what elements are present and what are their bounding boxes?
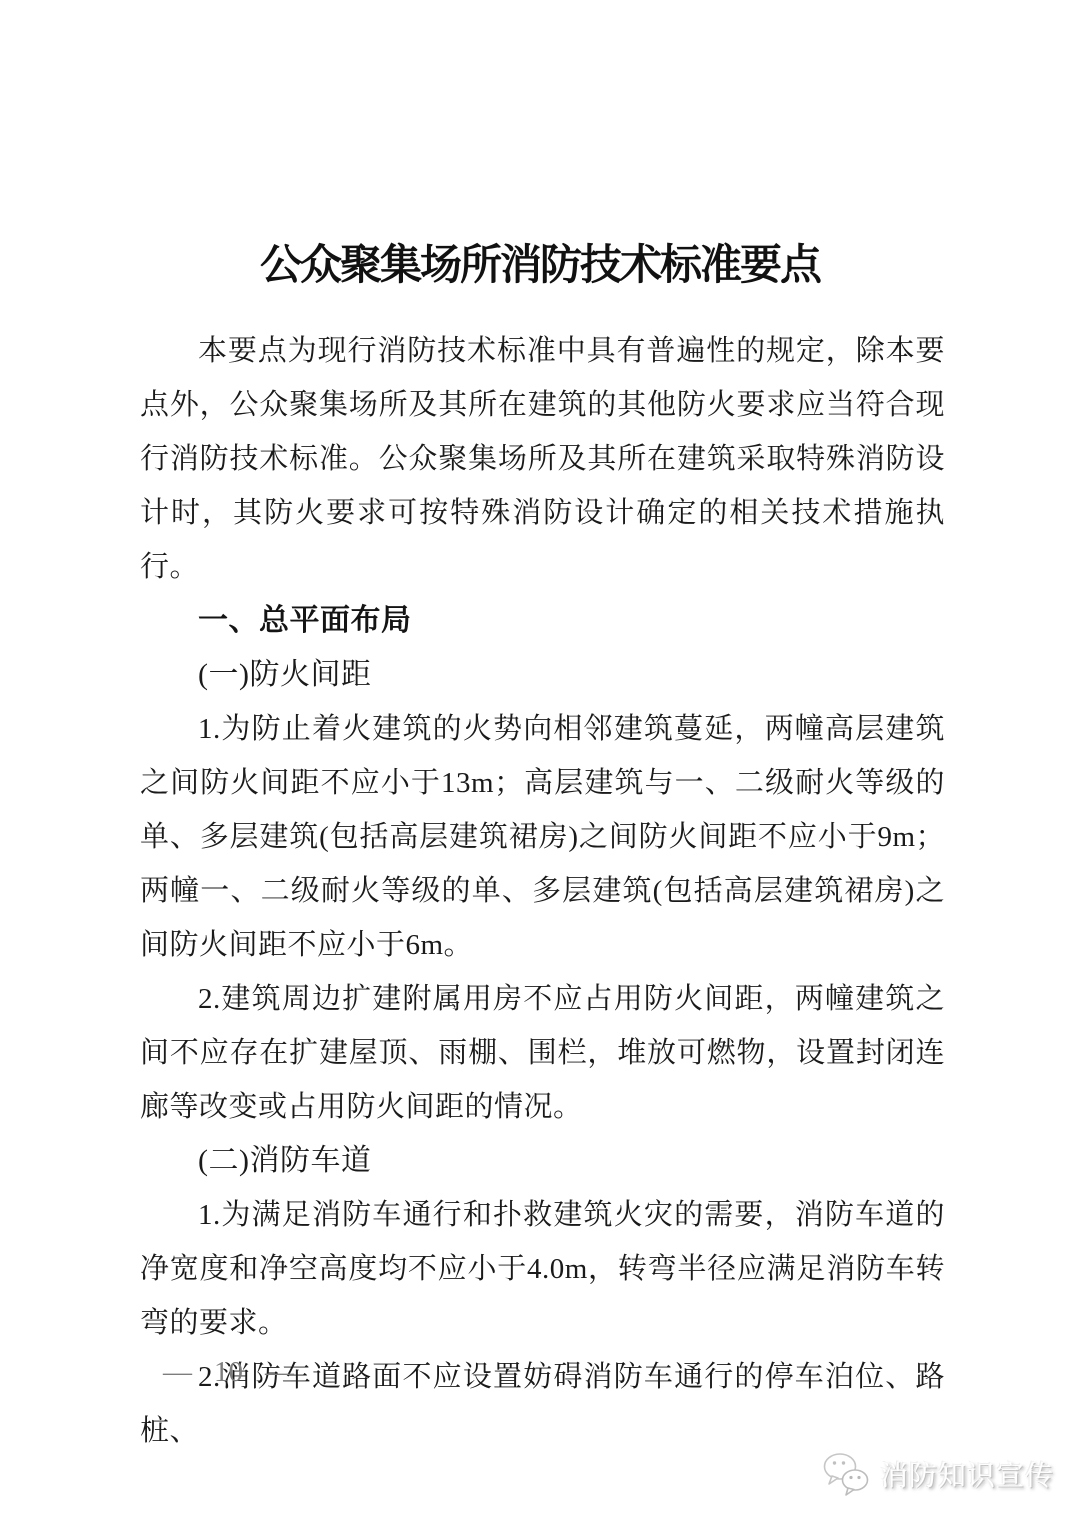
intro-paragraph: 本要点为现行消防技术标准中具有普遍性的规定，除本要点外，公众聚集场所及其所在建筑… — [140, 324, 945, 594]
body-paragraph: 2.建筑周边扩建附属用房不应占用防火间距，两幢建筑之间不应存在扩建屋顶、雨棚、围… — [140, 972, 945, 1134]
wechat-icon — [821, 1450, 873, 1498]
document-body: 本要点为现行消防技术标准中具有普遍性的规定，除本要点外，公众聚集场所及其所在建筑… — [140, 324, 945, 1458]
body-paragraph: 1.为防止着火建筑的火势向相邻建筑蔓延，两幢高层建筑之间防火间距不应小于13m；… — [140, 702, 945, 972]
watermark: 消防知识宣传 — [821, 1450, 1054, 1498]
page-number-dash-left: — — [163, 1350, 192, 1394]
document-title: 公众聚集场所消防技术标准要点 — [0, 238, 1080, 294]
page-number: — 10 — — [163, 1350, 294, 1394]
document-page: 公众聚集场所消防技术标准要点 本要点为现行消防技术标准中具有普遍性的规定，除本要… — [0, 0, 1080, 1527]
body-paragraph: 1.为满足消防车通行和扑救建筑火灾的需要，消防车道的净宽度和净空高度均不应小于4… — [140, 1188, 945, 1350]
page-number-dash-right: — — [265, 1350, 294, 1394]
subsection-heading-fire-separation: (一)防火间距 — [140, 648, 945, 702]
watermark-label: 消防知识宣传 — [880, 1454, 1054, 1494]
subsection-heading-fire-lane: (二)消防车道 — [140, 1134, 945, 1188]
page-number-value: 10 — [214, 1350, 243, 1394]
section-heading-overall-layout: 一、总平面布局 — [140, 594, 945, 648]
